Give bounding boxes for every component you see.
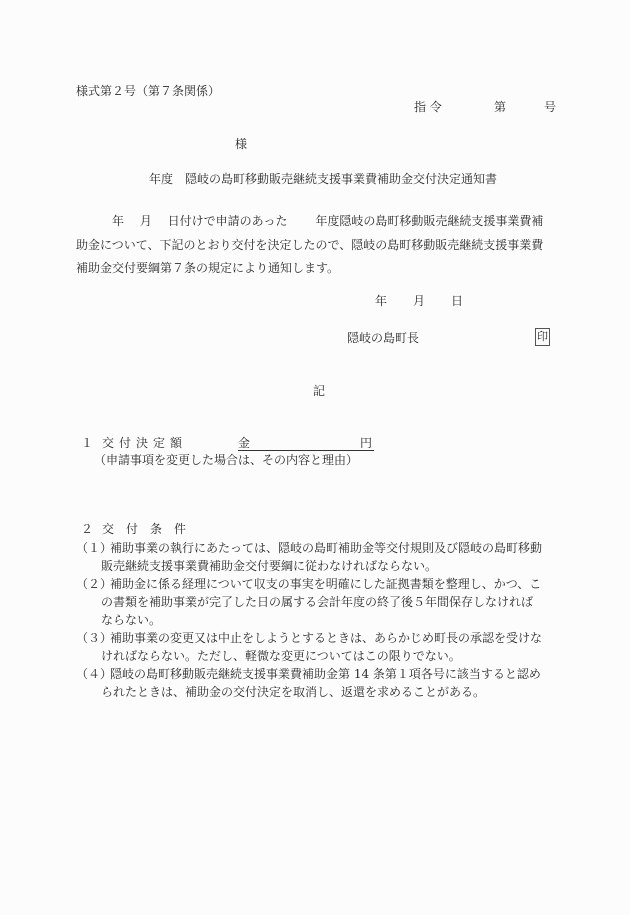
- directive-go: 号: [544, 100, 556, 114]
- directive-dai: 第: [494, 100, 506, 114]
- condition-line: 隠岐の島町移動販売継続支援事業費補助金第 14 条第１項各号に該当すると認め: [110, 667, 541, 681]
- condition-line: 補助金に係る経理について収支の事実を明確にした証拠書類を整理し、かつ、こ: [110, 577, 541, 591]
- item1-label: 交付決定額: [102, 436, 187, 450]
- ki-heading: 記: [313, 384, 325, 398]
- condition-number: （３）: [76, 631, 112, 645]
- date-day: 日: [451, 294, 463, 308]
- condition-line: ならない。: [101, 613, 161, 627]
- condition-number: （１）: [76, 541, 112, 555]
- body-line: 助金について、下記のとおり交付を決定したので、隠岐の島町移動販売継続支援事業費: [76, 238, 543, 252]
- body-line: 補助金交付要綱第７条の規定により通知します。: [76, 261, 339, 275]
- condition-line: ければならない。ただし、軽微な変更についてはこの限りでない。: [101, 649, 461, 663]
- item1-note: （申請事項を変更した場合は、その内容と理由）: [94, 453, 358, 467]
- item2-number: ２: [81, 522, 93, 536]
- amount-prefix: 金: [238, 436, 250, 450]
- issuer: 隠岐の島町長: [347, 331, 419, 345]
- date-month: 月: [413, 294, 425, 308]
- condition-line: られたときは、補助金の交付決定を取消し、返還を求めることがある。: [101, 685, 485, 699]
- addressee-suffix: 様: [235, 137, 247, 151]
- seal-mark: 印: [535, 328, 550, 346]
- directive-label: 指 令: [414, 100, 442, 114]
- condition-number: （４）: [76, 667, 112, 681]
- amount-suffix: 円: [360, 436, 372, 450]
- condition-number: （２）: [76, 577, 112, 591]
- condition-line: の書類を補助事業が完了した日の属する会計年度の終了後５年間保存しなければ: [101, 595, 533, 609]
- grant-amount-field: 金 円: [238, 436, 374, 451]
- item2-label: 交付条件: [102, 522, 198, 536]
- condition-line: 補助事業の執行にあたっては、隠岐の島町補助金等交付規則及び隠岐の島町移動: [110, 541, 542, 555]
- body-line: 年 月 日付けで申請のあった 年度隠岐の島町移動販売継続支援事業費補: [76, 214, 543, 228]
- item1-number: １: [81, 436, 93, 450]
- form-number: 様式第２号（第７条関係）: [76, 84, 220, 98]
- condition-line: 補助事業の変更又は中止をしようとするときは、あらかじめ町長の承認を受けな: [110, 631, 542, 645]
- document-title: 年度 隠岐の島町移動販売継続支援事業費補助金交付決定通知書: [149, 172, 497, 186]
- date-year: 年: [375, 294, 387, 308]
- condition-line: 販売継続支援事業費補助金交付要綱に従わなければならない。: [101, 559, 437, 573]
